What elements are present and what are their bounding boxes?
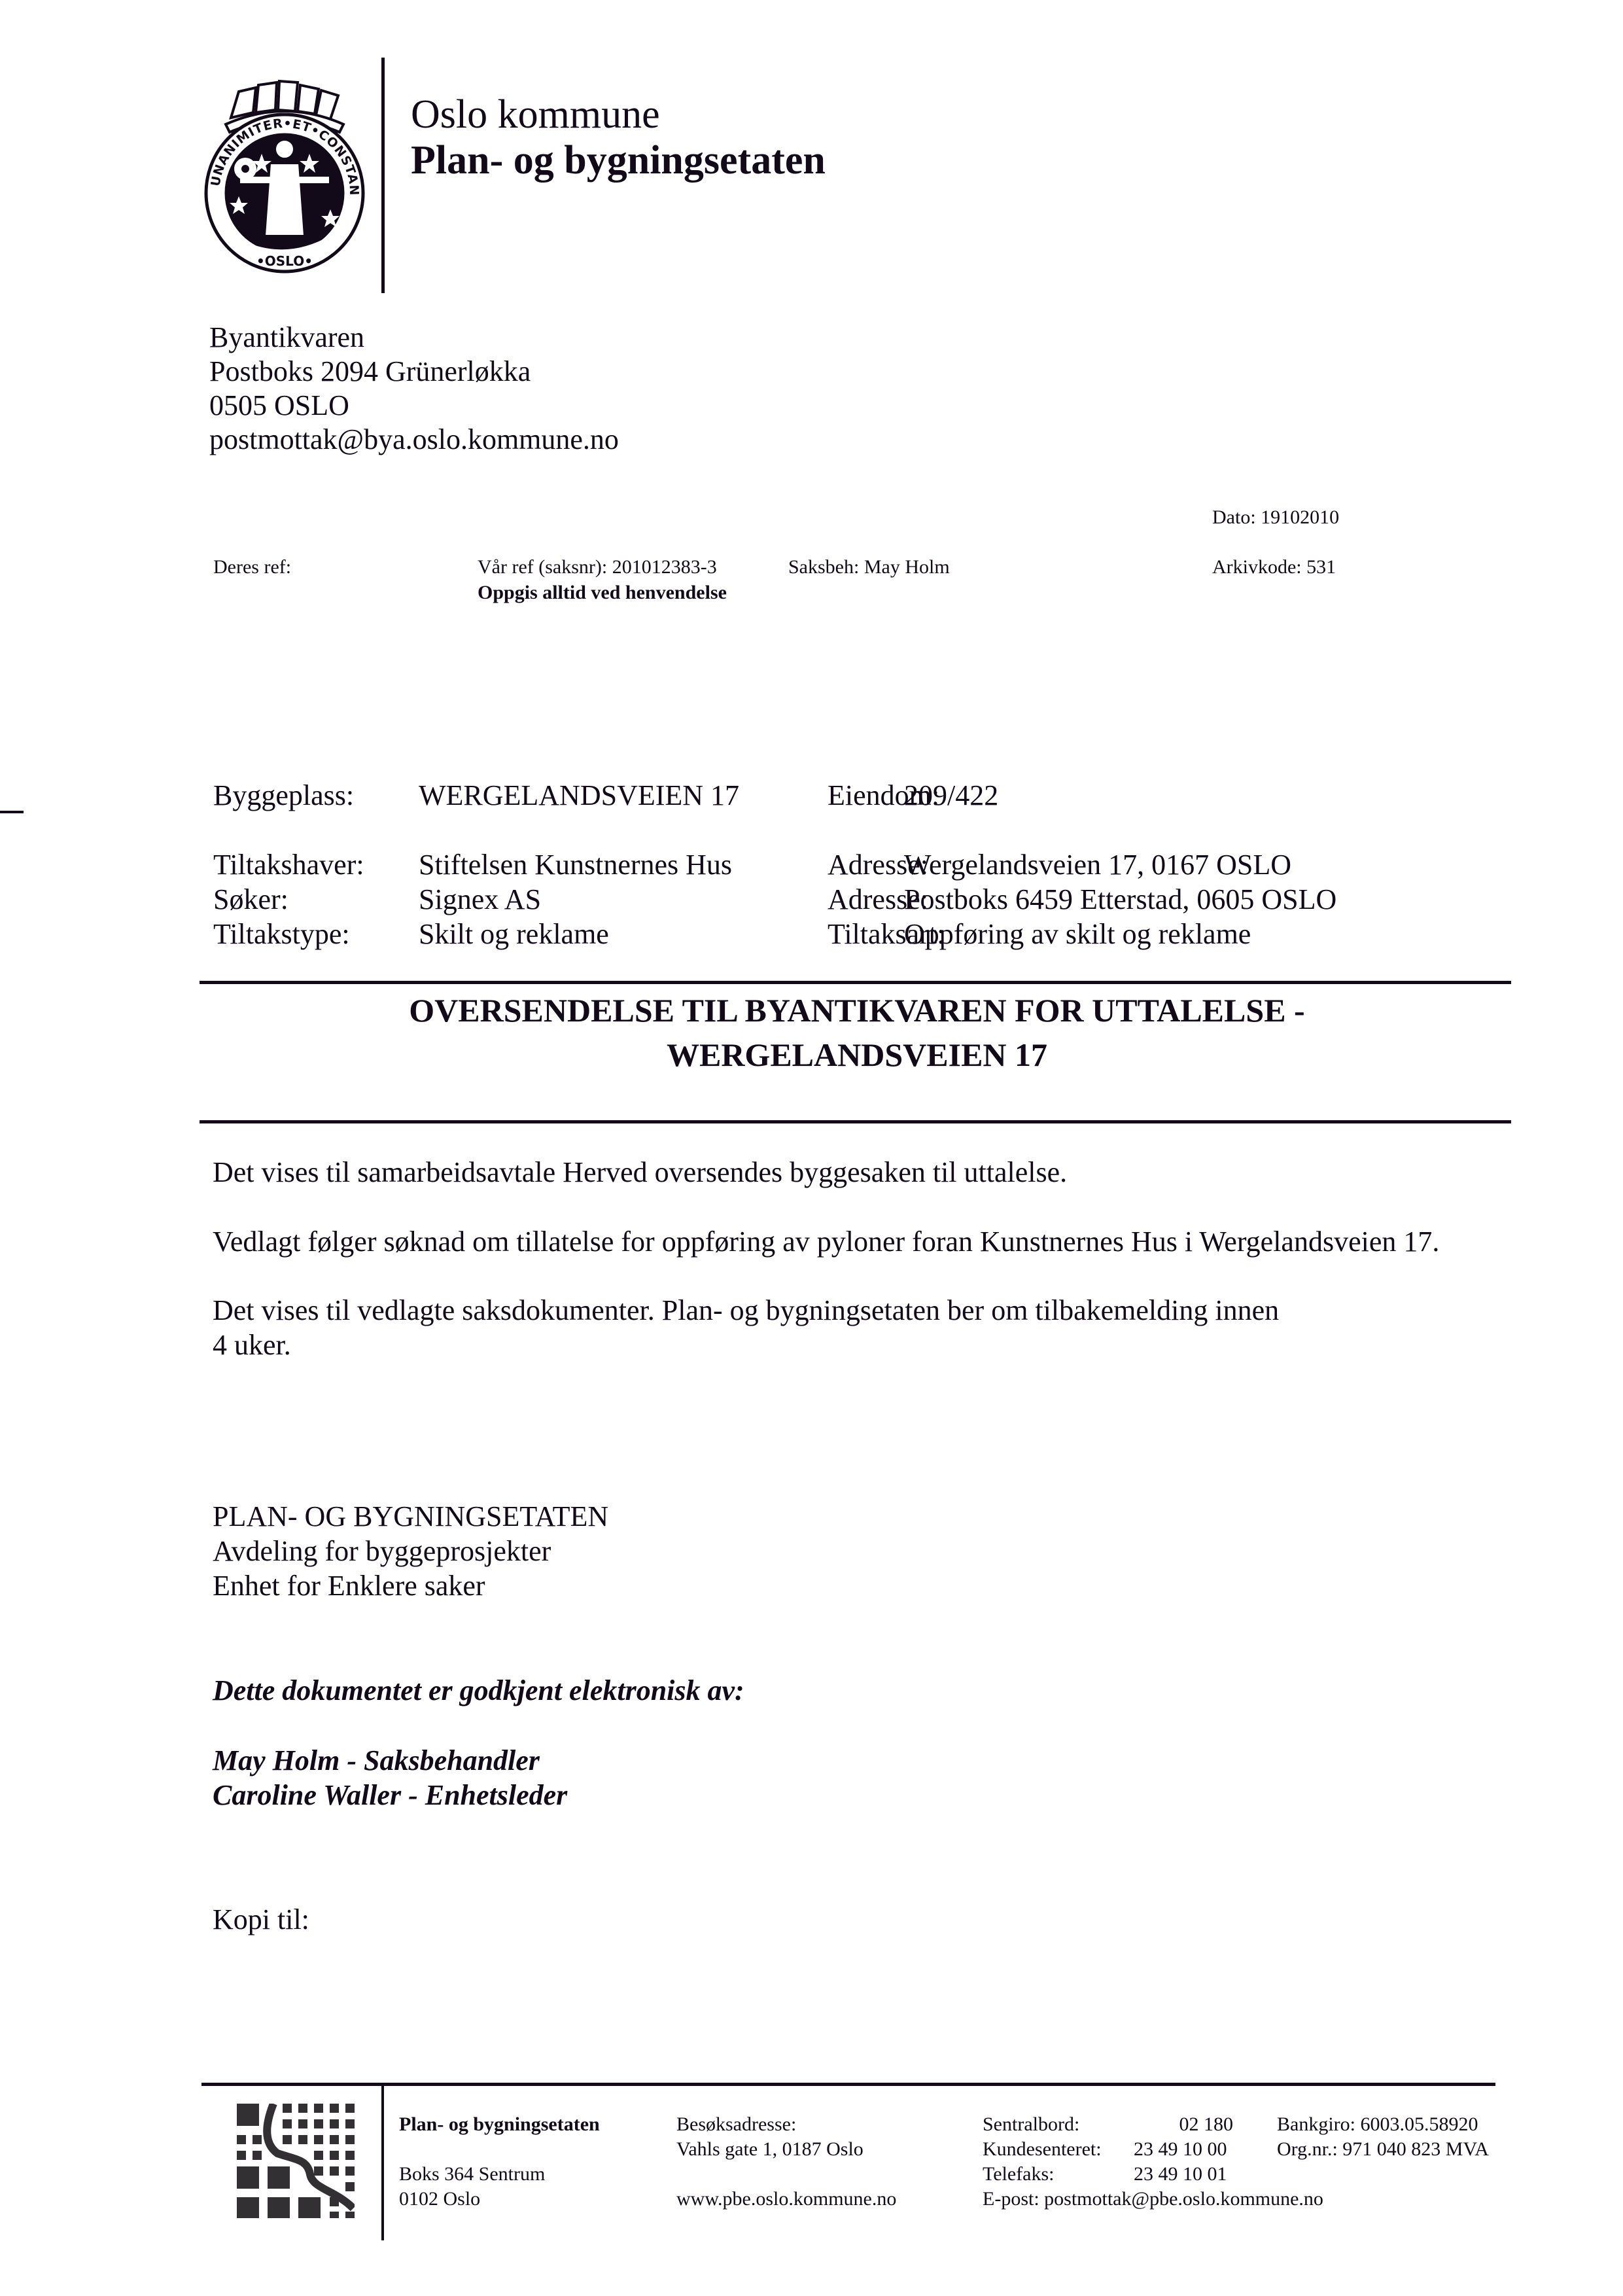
footer-kundesenter-label: Kundesenteret: [983, 2137, 1102, 2162]
byggeplass-label: Byggeplass: [213, 779, 354, 813]
svg-text:•OSLO•: •OSLO• [256, 253, 313, 269]
footer-visit-address: Vahls gate 1, 0187 Oslo [676, 2137, 864, 2162]
footer-email[interactable]: E-post: postmottak@pbe.oslo.kommune.no [983, 2187, 1323, 2212]
footer-sentralbord-value: 02 180 [1073, 2112, 1233, 2137]
approval-note: Dette dokumentet er godkjent elektronisk… [213, 1674, 744, 1708]
recipient-address: Byantikvaren Postboks 2094 Grünerløkka 0… [209, 321, 619, 457]
title-rule-top [200, 981, 1511, 984]
pbe-logo [237, 2104, 355, 2218]
adresse1-value: Wergelandsveien 17, 0167 OSLO [904, 848, 1291, 882]
org-name: Oslo kommune [411, 92, 660, 137]
footer-rule [201, 2083, 1495, 2086]
footer-website[interactable]: www.pbe.oslo.kommune.no [676, 2187, 896, 2212]
title-line-2: WERGELANDSVEIEN 17 [209, 1033, 1505, 1077]
paragraph-3-line-2: 4 uker. [213, 1328, 291, 1362]
paragraph-2: Vedlagt følger søknad om tillatelse for … [213, 1225, 1439, 1259]
footer-sentralbord-label: Sentralbord: [983, 2112, 1079, 2137]
title-rule-bottom [200, 1120, 1511, 1123]
paragraph-1: Det vises til samarbeidsavtale Herved ov… [213, 1156, 1067, 1190]
footer-postcode: 0102 Oslo [399, 2187, 480, 2212]
footer-orgnr: Org.nr.: 971 040 823 MVA [1277, 2137, 1489, 2162]
tiltakstype-value: Skilt og reklame [419, 917, 609, 951]
arkivkode: Arkivkode: 531 [1212, 556, 1336, 579]
footer-kundesenter-value: 23 49 10 00 [1134, 2137, 1227, 2162]
footer-telefaks-value: 23 49 10 01 [1134, 2162, 1227, 2187]
city-grid-icon [237, 2104, 355, 2218]
signer-1: May Holm - Saksbehandler [213, 1744, 540, 1778]
var-ref: Vår ref (saksnr): 201012383-3 [478, 556, 717, 579]
footer-telefaks-label: Telefaks: [983, 2162, 1055, 2187]
oslo-seal-icon: UNANIMITER•ET•CONSTANTER •OSLO• [200, 72, 370, 275]
recipient-name: Byantikvaren [209, 321, 619, 355]
recipient-postbox: Postboks 2094 Grünerløkka [209, 355, 619, 389]
eiendom-value: 209/422 [904, 779, 998, 813]
signer-2: Caroline Waller - Enhetsleder [213, 1778, 567, 1812]
footer-visit-label: Besøksadresse: [676, 2112, 796, 2137]
paragraph-3-line-1: Det vises til vedlagte saksdokumenter. P… [213, 1294, 1279, 1328]
document-title: OVERSENDELSE TIL BYANTIKVAREN FOR UTTALE… [209, 988, 1505, 1077]
tiltakshaver-value: Stiftelsen Kunstnernes Hus [419, 848, 732, 882]
fold-mark [0, 811, 24, 813]
soker-label: Søker: [213, 883, 288, 917]
header-divider [381, 58, 385, 293]
footer-org: Plan- og bygningsetaten [399, 2112, 600, 2137]
saksbehandler: Saksbeh: May Holm [788, 556, 950, 579]
tiltakstype-label: Tiltakstype: [213, 917, 350, 951]
soker-value: Signex AS [419, 883, 541, 917]
tiltakshaver-label: Tiltakshaver: [213, 848, 364, 882]
footer-divider [381, 2085, 384, 2240]
signature-unit: Enhet for Enklere saker [213, 1569, 485, 1603]
signature-division: Avdeling for byggeprosjekter [213, 1534, 551, 1568]
footer-bankgiro: Bankgiro: 6003.05.58920 [1277, 2112, 1478, 2137]
date: Dato: 19102010 [1212, 506, 1339, 529]
byggeplass-value: WERGELANDSVEIEN 17 [419, 779, 739, 813]
department-name: Plan- og bygningsetaten [411, 136, 826, 185]
oslo-seal-logo: UNANIMITER•ET•CONSTANTER •OSLO• [200, 72, 370, 275]
title-line-1: OVERSENDELSE TIL BYANTIKVAREN FOR UTTALE… [209, 988, 1505, 1033]
var-ref-note: Oppgis alltid ved henvendelse [478, 581, 727, 605]
signature-org: PLAN- OG BYGNINGSETATEN [213, 1500, 608, 1534]
recipient-postcode: 0505 OSLO [209, 389, 619, 423]
adresse2-value: Postboks 6459 Etterstad, 0605 OSLO [904, 883, 1336, 917]
recipient-email: postmottak@bya.oslo.kommune.no [209, 423, 619, 457]
tiltaksart-value: Oppføring av skilt og reklame [904, 917, 1251, 951]
footer-postbox: Boks 364 Sentrum [399, 2162, 545, 2187]
deres-ref: Deres ref: [213, 556, 291, 579]
copy-to: Kopi til: [213, 1903, 309, 1937]
